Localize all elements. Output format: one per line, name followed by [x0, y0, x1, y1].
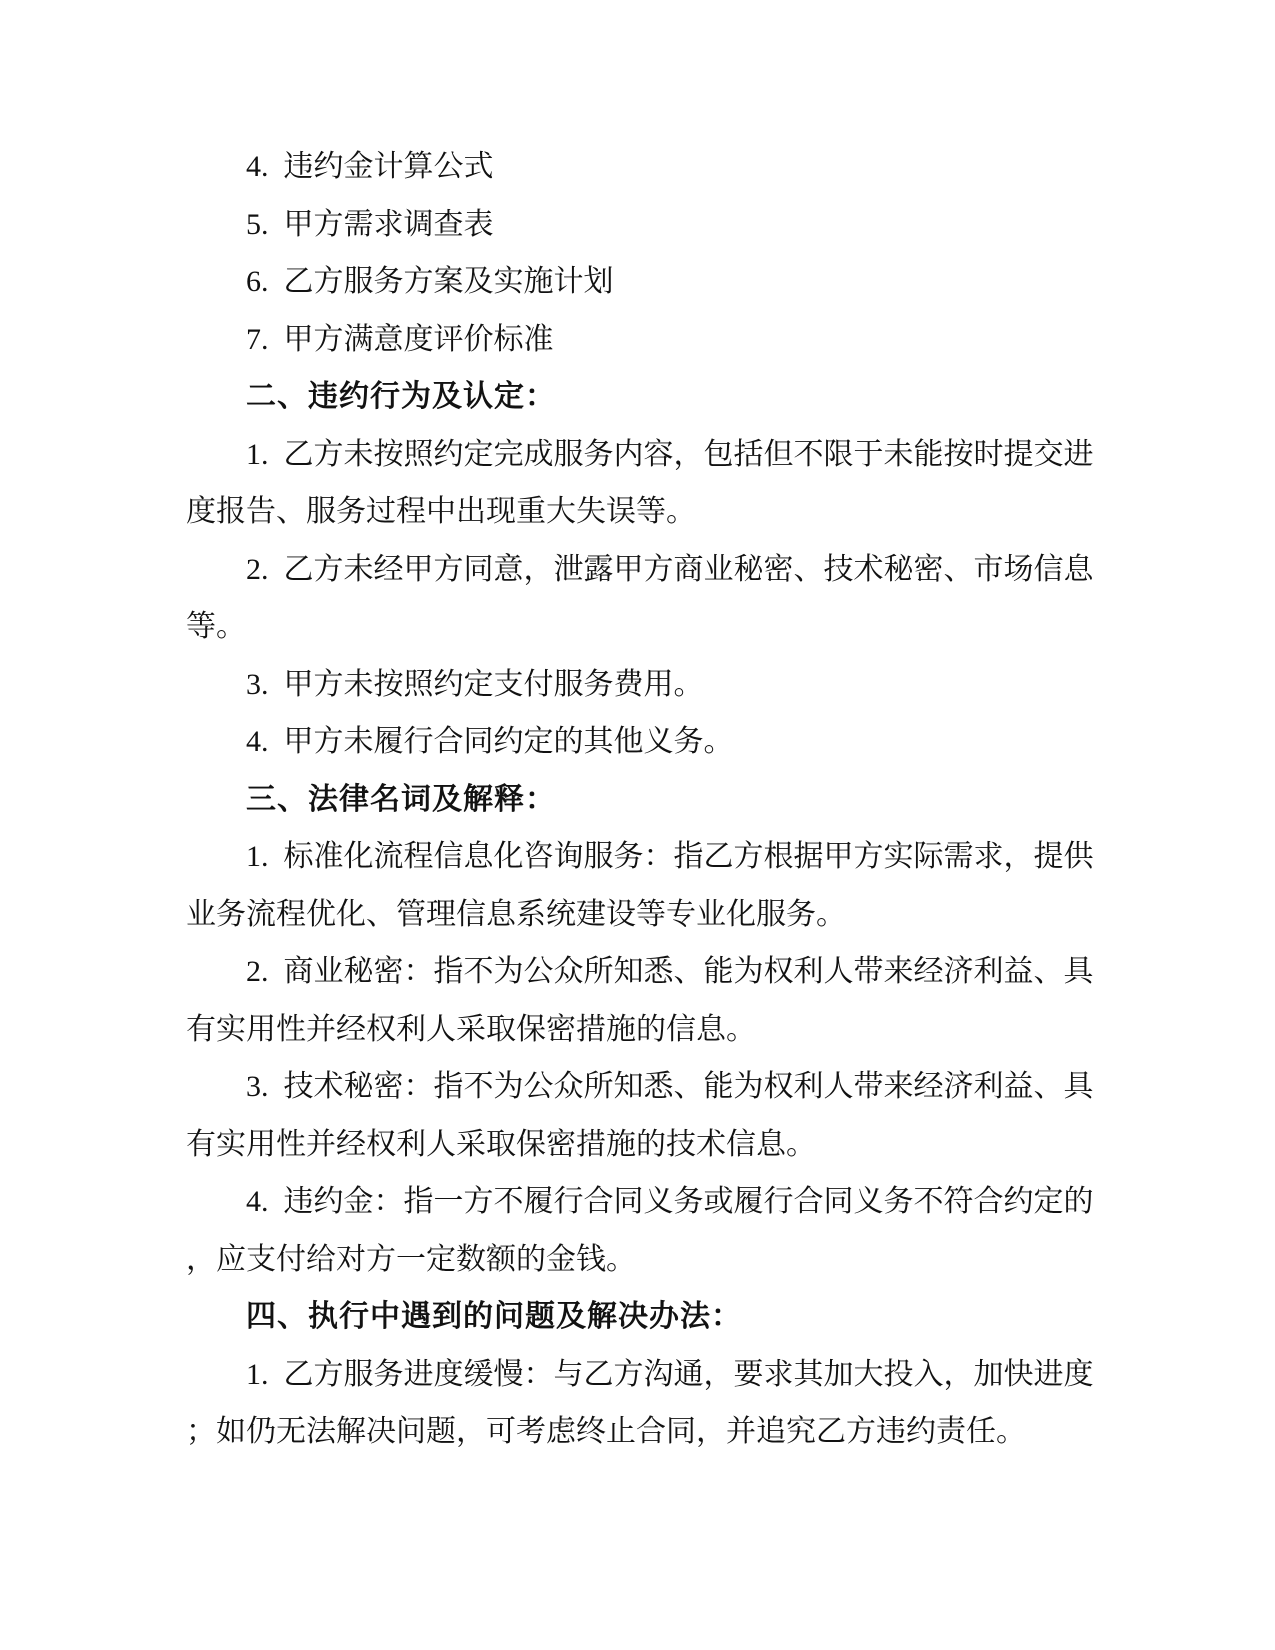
list-item-line: 4. 违约金计算公式 [186, 138, 1115, 196]
paragraph-continuation-line: 度报告、服务过程中出现重大失误等。 [186, 483, 1115, 541]
section-heading: 二、违约行为及认定： [186, 368, 1115, 426]
section-heading: 三、法律名词及解释： [186, 771, 1115, 829]
section-heading: 四、执行中遇到的问题及解决办法： [186, 1288, 1115, 1346]
list-item-line: 3. 甲方未按照约定支付服务费用。 [186, 656, 1115, 714]
list-item-line: 3. 技术秘密：指不为公众所知悉、能为权利人带来经济利益、具 [186, 1058, 1115, 1116]
list-item-line: 2. 商业秘密：指不为公众所知悉、能为权利人带来经济利益、具 [186, 943, 1115, 1001]
list-item-line: 1. 乙方服务进度缓慢：与乙方沟通，要求其加大投入，加快进度 [186, 1346, 1115, 1404]
paragraph-continuation-line: 有实用性并经权利人采取保密措施的信息。 [186, 1001, 1115, 1059]
list-item-line: 7. 甲方满意度评价标准 [186, 311, 1115, 369]
paragraph-continuation-line: 业务流程优化、管理信息系统建设等专业化服务。 [186, 886, 1115, 944]
list-item-line: 1. 乙方未按照约定完成服务内容，包括但不限于未能按时提交进 [186, 426, 1115, 484]
list-item-line: 2. 乙方未经甲方同意，泄露甲方商业秘密、技术秘密、市场信息 [186, 541, 1115, 599]
paragraph-continuation-line: 有实用性并经权利人采取保密措施的技术信息。 [186, 1116, 1115, 1174]
list-item-line: 4. 违约金：指一方不履行合同义务或履行合同义务不符合约定的 [186, 1173, 1115, 1231]
paragraph-continuation-line: ；如仍无法解决问题，可考虑终止合同，并追究乙方违约责任。 [186, 1403, 1115, 1461]
list-item-line: 4. 甲方未履行合同约定的其他义务。 [186, 713, 1115, 771]
list-item-line: 1. 标准化流程信息化咨询服务：指乙方根据甲方实际需求，提供 [186, 828, 1115, 886]
paragraph-continuation-line: ，应支付给对方一定数额的金钱。 [186, 1231, 1115, 1289]
document-page: 4. 违约金计算公式 5. 甲方需求调查表 6. 乙方服务方案及实施计划 7. … [0, 0, 1275, 1650]
list-item-line: 5. 甲方需求调查表 [186, 196, 1115, 254]
list-item-line: 6. 乙方服务方案及实施计划 [186, 253, 1115, 311]
paragraph-continuation-line: 等。 [186, 598, 1115, 656]
